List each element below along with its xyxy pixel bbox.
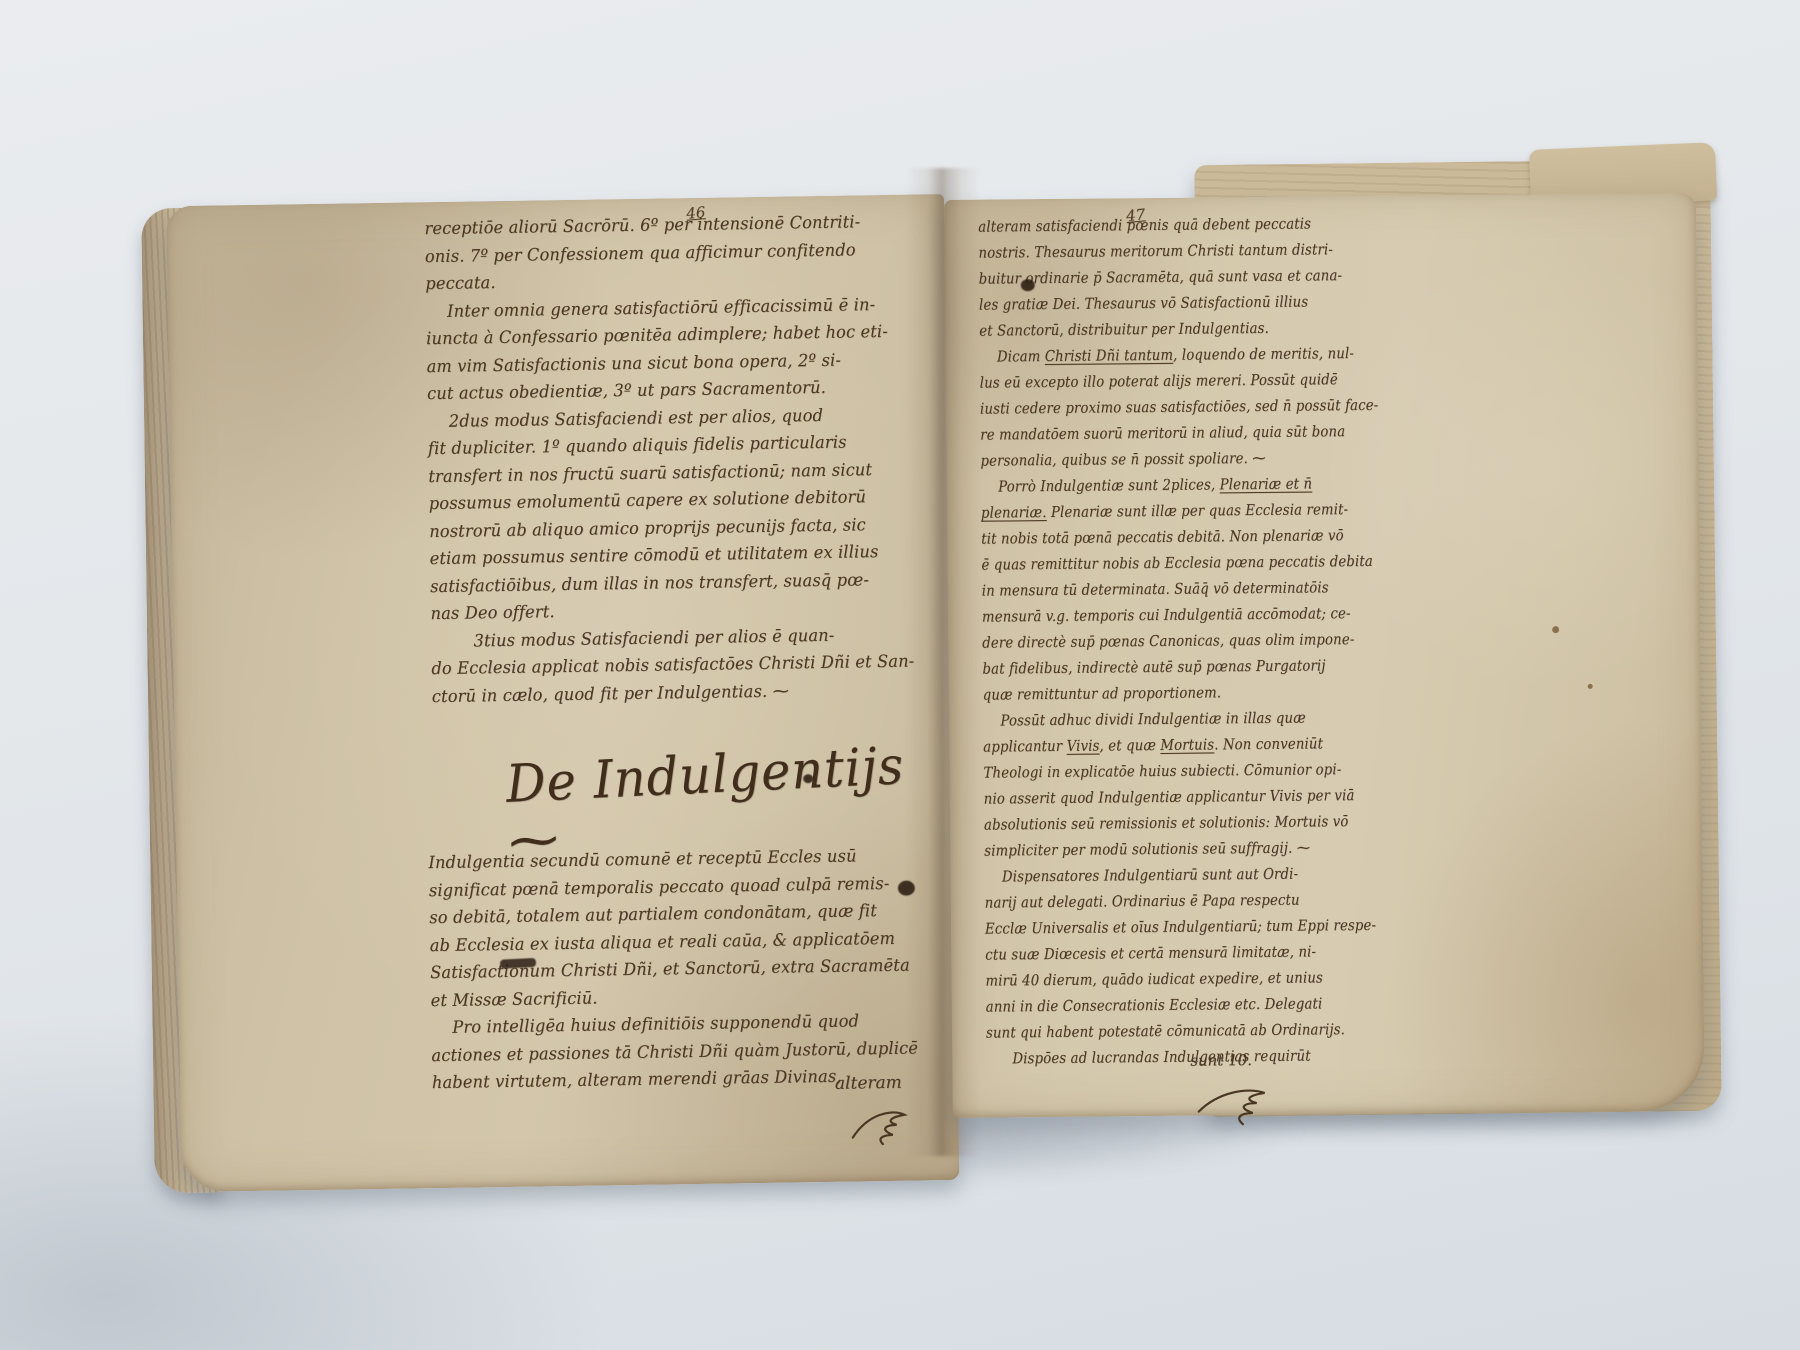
manuscript-line: tit nobis totā pœnā peccatis debitā. Non…	[981, 522, 1380, 552]
manuscript-line: personalia, quibus se n̄ possit spoliare…	[980, 444, 1379, 474]
manuscript-line: absolutionis seū remissionis et solution…	[984, 808, 1383, 838]
paper-speck	[1552, 626, 1559, 633]
manuscript-line: narij aut delegati. Ordinarius ē Papa re…	[985, 886, 1384, 916]
ink-blot	[1021, 279, 1035, 291]
manuscript-line: les gratiæ Dei. Thesaurus vō Satisfactio…	[979, 288, 1378, 318]
catchword-left: alteram	[835, 1075, 902, 1093]
manuscript-line: ctu suæ Diœcesis et certā mensurā limita…	[985, 938, 1384, 968]
manuscript-line: mensurā v.g. temporis cui Indulgentiā ac…	[982, 600, 1381, 630]
manuscript-line: iusti cedere proximo suas satisfactiōes,…	[980, 392, 1379, 422]
ink-smudge	[500, 958, 536, 969]
manuscript-line: Theologi in explicatōe huius subiecti. C…	[983, 756, 1382, 786]
manuscript-line: simpliciter per modū solutionis seū suff…	[984, 834, 1383, 864]
manuscript-line: alteram satisfaciendi pœnis quā debent p…	[978, 210, 1377, 240]
manuscript-line: Porrò Indulgentiæ sunt 2plices, Plenariæ…	[981, 470, 1380, 500]
paper-speck	[1588, 684, 1593, 689]
photo-backdrop: 46 receptiōe aliorū Sacrōrū. 6º per inte…	[0, 0, 1800, 1350]
manuscript-line: Dispōes ad lucrandas Indulgentias requir…	[986, 1042, 1385, 1072]
manuscript-line: nostris. Thesaurus meritorum Christi tan…	[978, 236, 1377, 266]
left-page: 46 receptiōe aliorū Sacrōrū. 6º per inte…	[166, 194, 959, 1192]
manuscript-line: buitur ordinarie p̄ Sacramēta, quā sunt …	[979, 262, 1378, 292]
manuscript-line: mirū 40 dierum, quādo iudicat expedire, …	[985, 964, 1384, 994]
right-page: 47 alteram satisfaciendi pœnis quā deben…	[944, 193, 1705, 1118]
left-page-text-lower: Indulgentia secundū comunē et receptū Ec…	[428, 843, 918, 1098]
manuscript-line: Possūt adhuc dividi Indulgentiæ in illas…	[983, 704, 1382, 734]
manuscript-line: et Sanctorū, distribuitur per Indulgenti…	[979, 314, 1378, 344]
manuscript-line: plenariæ. Plenariæ sunt illæ per quas Ec…	[981, 496, 1380, 526]
catchword-right: sunt 10.	[1190, 1053, 1252, 1069]
manuscript-line: in mensura tū determinata. Suāq̄ vō dete…	[982, 574, 1381, 604]
manuscript-line: Dicam Christi Dñi tantum, loquendo de me…	[979, 340, 1378, 370]
manuscript-line: sunt qui habent potestatē cōmunicatā ab …	[986, 1016, 1385, 1046]
manuscript-line: Ecclæ Universalis et oīus Indulgentiarū;…	[985, 912, 1384, 942]
manuscript-line: nio asserit quod Indulgentiæ applicantur…	[984, 782, 1383, 812]
pen-flourish-icon	[1192, 1083, 1292, 1130]
manuscript-line: bat fidelibus, indirectè autē sup̄ pœnas…	[982, 652, 1381, 682]
right-page-text: alteram satisfaciendi pœnis quā debent p…	[978, 210, 1385, 1072]
manuscript-line: quæ remittuntur ad proportionem.	[983, 678, 1382, 708]
manuscript-line: applicantur Vivis, et quæ Mortuis. Non c…	[983, 730, 1382, 760]
manuscript-line: Dispensatores Indulgentiarū sunt aut Ord…	[984, 860, 1383, 890]
manuscript-line: dere directè sup̄ pœnas Canonicas, quas …	[982, 626, 1381, 656]
manuscript-line: re mandatōem suorū meritorū in aliud, qu…	[980, 418, 1379, 448]
pen-flourish-icon	[848, 1106, 921, 1147]
manuscript-line: ē quas remittitur nobis ab Ecclesia pœna…	[981, 548, 1380, 578]
manuscript-line: anni in die Consecrationis Ecclesiæ etc.…	[986, 990, 1385, 1020]
left-page-text-upper: receptiōe aliorū Sacrōrū. 6º per intensi…	[424, 209, 915, 712]
manuscript-line: lus eū excepto illo poterat alijs mereri…	[980, 366, 1379, 396]
